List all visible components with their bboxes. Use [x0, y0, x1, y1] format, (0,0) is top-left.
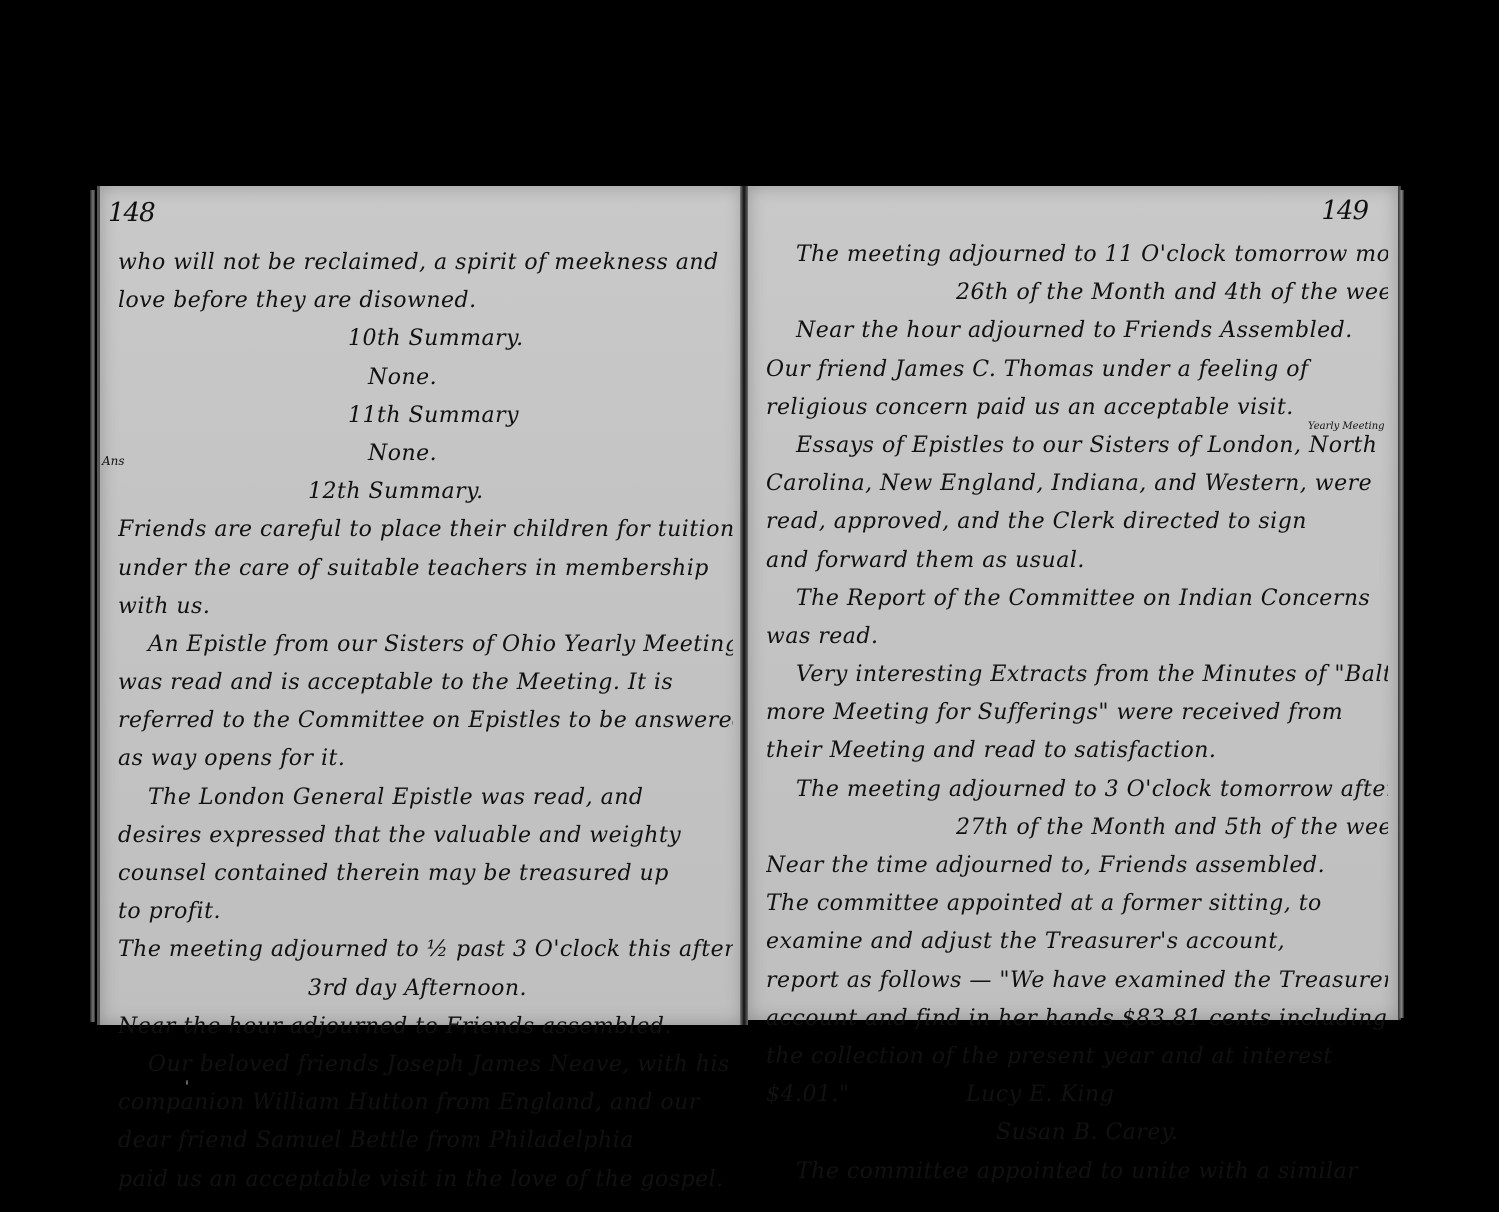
text-line: examine and adjust the Treasurer's accou… [766, 923, 1388, 961]
text-line: to profit. [118, 893, 733, 931]
text-line: None. [118, 359, 733, 397]
text-line: Near the hour adjourned to Friends Assem… [766, 312, 1388, 350]
text-line: The Report of the Committee on Indian Co… [766, 580, 1388, 618]
text-line: dear friend Samuel Bettle from Philadelp… [118, 1122, 733, 1160]
section-heading: 11th Summary [118, 397, 733, 435]
text-line: The meeting adjourned to ½ past 3 O'cloc… [118, 931, 733, 969]
book-gutter [740, 186, 748, 1025]
right-page: 149 Yearly Meeting The meeting adjourned… [748, 186, 1401, 1020]
book-edge-right [1398, 190, 1404, 1018]
left-page-text: who will not be reclaimed, a spirit of m… [118, 244, 733, 1199]
text-line: Very interesting Extracts from the Minut… [766, 656, 1388, 694]
section-heading: 27th of the Month and 5th of the week. [766, 809, 1388, 847]
text-line: None. [118, 435, 733, 473]
left-page: 148 Ans who will not be reclaimed, a spi… [97, 186, 743, 1025]
signature: Susan B. Carey. [766, 1114, 1388, 1152]
text-line: Near the time adjourned to, Friends asse… [766, 847, 1388, 885]
text-line: An Epistle from our Sisters of Ohio Year… [118, 626, 733, 664]
text-line: companion William Hutton from England, a… [118, 1084, 733, 1122]
text-line: as way opens for it. [118, 740, 733, 778]
text-line: Friends are careful to place their child… [118, 511, 733, 549]
text-line: read, approved, and the Clerk directed t… [766, 503, 1388, 541]
text-line: who will not be reclaimed, a spirit of m… [118, 244, 733, 282]
text-line: desires expressed that the valuable and … [118, 817, 733, 855]
text-line: referred to the Committee on Epistles to… [118, 702, 733, 740]
text-line: Essays of Epistles to our Sisters of Lon… [766, 427, 1388, 465]
section-heading: 12th Summary. [118, 473, 733, 511]
text-line: counsel contained therein may be treasur… [118, 855, 733, 893]
text-line: love before they are disowned. [118, 282, 733, 320]
text-line: report as follows — "We have examined th… [766, 962, 1388, 1000]
text-line: more Meeting for Sufferings" were receiv… [766, 694, 1388, 732]
book-edge-left [90, 190, 95, 1022]
section-heading: 3rd day Afternoon. [118, 970, 733, 1008]
section-heading: 26th of the Month and 4th of the week. [766, 274, 1388, 312]
text-line: Our beloved friends Joseph James Neave, … [118, 1046, 733, 1084]
text-line: and forward them as usual. [766, 542, 1388, 580]
signature: Lucy E. King [766, 1076, 1388, 1114]
page-number-right: 149 [1321, 196, 1368, 226]
text-line: The committee appointed at a former sitt… [766, 885, 1388, 923]
text-line: The committee appointed to unite with a … [766, 1153, 1388, 1191]
text-line: The meeting adjourned to 3 O'clock tomor… [766, 771, 1388, 809]
text-line: their Meeting and read to satisfaction. [766, 732, 1388, 770]
text-line: with us. [118, 588, 733, 626]
text-line: religious concern paid us an acceptable … [766, 389, 1388, 427]
text-line: under the care of suitable teachers in m… [118, 550, 733, 588]
right-page-text: The meeting adjourned to 11 O'clock tomo… [766, 236, 1388, 1191]
text-line: was read. [766, 618, 1388, 656]
text-line: the collection of the present year and a… [766, 1038, 1388, 1076]
text-line: The London General Epistle was read, and [118, 779, 733, 817]
text-line: Our friend James C. Thomas under a feeli… [766, 351, 1388, 389]
text-line: was read and is acceptable to the Meetin… [118, 664, 733, 702]
text-line: Carolina, New England, Indiana, and West… [766, 465, 1388, 503]
scan-speck [186, 1080, 188, 1085]
text-line: Near the hour adjourned to Friends assem… [118, 1008, 733, 1046]
text-line: paid us an acceptable visit in the love … [118, 1161, 733, 1199]
section-heading: 10th Summary. [118, 320, 733, 358]
text-line: account and find in her hands $83.81 cen… [766, 1000, 1388, 1038]
text-line: The meeting adjourned to 11 O'clock tomo… [766, 236, 1388, 274]
page-number-left: 148 [108, 198, 155, 228]
